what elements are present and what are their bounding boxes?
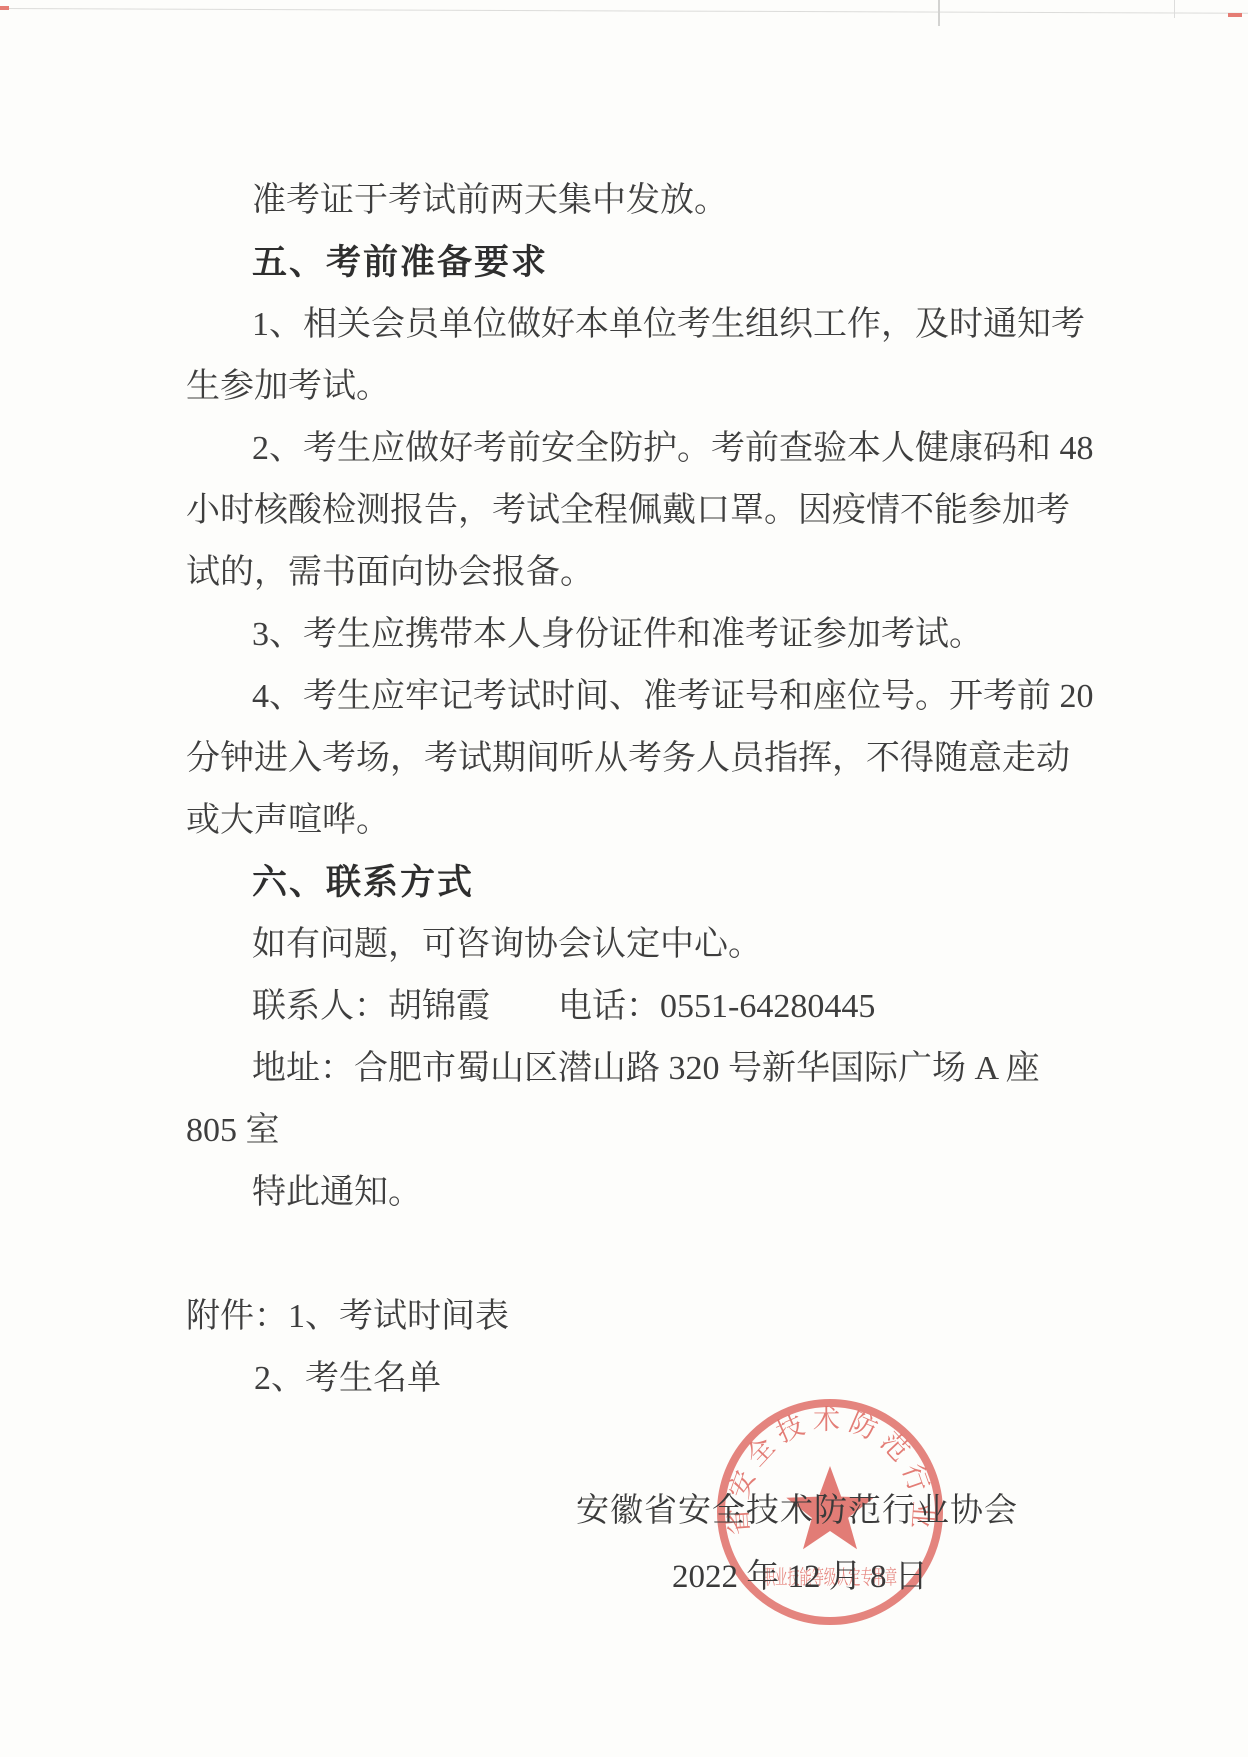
text-line: 4、考生应牢记考试时间、准考证号和座位号。开考前 20 [186, 666, 1066, 728]
scan-artifact-red-mark [1228, 13, 1242, 17]
text-line: 六、联系方式 [186, 852, 1066, 914]
text-line: 805 室 [186, 1100, 1066, 1162]
scan-artifact-tick [938, 0, 940, 26]
text-line: 或大声喧哗。 [186, 790, 1066, 852]
text-line: 生参加考试。 [186, 356, 1066, 418]
scan-artifact-tick [1174, 0, 1175, 18]
scanned-notice-page: 准考证于考试前两天集中发放。五、考前准备要求1、相关会员单位做好本单位考生组织工… [0, 0, 1248, 1757]
text-line: 附件：1、考试时间表 [186, 1286, 1066, 1348]
text-line: 准考证于考试前两天集中发放。 [186, 170, 1066, 232]
signature-organization: 安徽省安全技术防范行业协会 [576, 1484, 1018, 1531]
signature-date: 2022 年 12 月 8 日 [672, 1550, 928, 1597]
text-line: 五、考前准备要求 [186, 232, 1066, 294]
scan-artifact-line [0, 8, 1248, 14]
text-line: 分钟进入考场，考试期间听从考务人员指挥，不得随意走动 [186, 728, 1066, 790]
text-line: 特此通知。 [186, 1162, 1066, 1224]
text-line: 3、考生应携带本人身份证件和准考证参加考试。 [186, 604, 1066, 666]
text-line: 2、考生应做好考前安全防护。考前查验本人健康码和 48 [186, 418, 1066, 480]
scan-artifact-red-mark [0, 6, 9, 10]
document-body: 准考证于考试前两天集中发放。五、考前准备要求1、相关会员单位做好本单位考生组织工… [186, 170, 1066, 1410]
text-line [186, 1224, 1066, 1286]
text-line: 1、相关会员单位做好本单位考生组织工作，及时通知考 [186, 294, 1066, 356]
text-line: 小时核酸检测报告，考试全程佩戴口罩。因疫情不能参加考 [186, 480, 1066, 542]
text-line: 如有问题，可咨询协会认定中心。 [186, 914, 1066, 976]
text-line: 联系人：胡锦霞 电话：0551-64280445 [186, 976, 1066, 1038]
text-line: 试的，需书面向协会报备。 [186, 542, 1066, 604]
text-line: 地址：合肥市蜀山区潜山路 320 号新华国际广场 A 座 [186, 1038, 1066, 1100]
